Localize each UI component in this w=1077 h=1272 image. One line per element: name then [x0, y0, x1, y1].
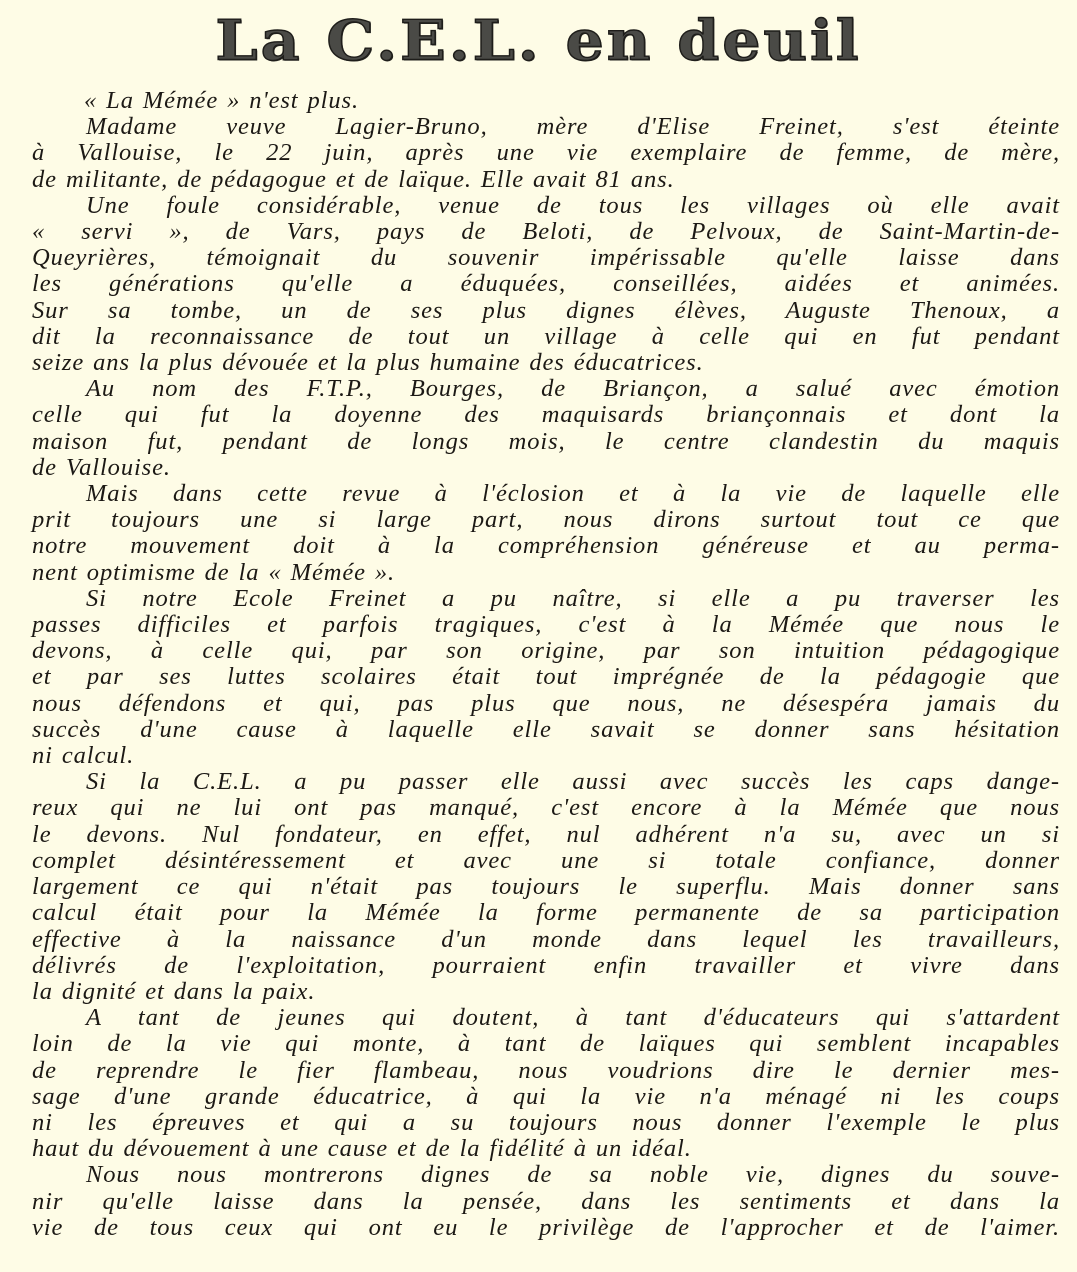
text-line: Si la C.E.L. a pu passer elle aussi avec… — [32, 769, 1060, 795]
text-line: Madame veuve Lagier-Bruno, mère d'Elise … — [32, 114, 1060, 140]
article-body: « La Mémée » n'est plus. Madame veuve La… — [32, 88, 1060, 1241]
text-line: reux qui ne lui ont pas manqué, c'est en… — [32, 795, 1060, 821]
text-line: prit toujours une si large part, nous di… — [32, 507, 1060, 533]
text-line: seize ans la plus dévouée et la plus hum… — [32, 350, 1060, 376]
text-line: celle qui fut la doyenne des maquisards … — [32, 402, 1060, 428]
text-line: Une foule considérable, venue de tous le… — [32, 193, 1060, 219]
text-line: effective à la naissance d'un monde dans… — [32, 927, 1060, 953]
text-line: Queyrières, témoignait du souvenir impér… — [32, 245, 1060, 271]
paragraph-1: Madame veuve Lagier-Bruno, mère d'Elise … — [32, 114, 1060, 193]
paragraph-6: Si la C.E.L. a pu passer elle aussi avec… — [32, 769, 1060, 1005]
text-line: de militante, de pédagogue et de laïque.… — [32, 167, 1060, 193]
text-line: de reprendre le fier flambeau, nous voud… — [32, 1058, 1060, 1084]
text-line: Mais dans cette revue à l'éclosion et à … — [32, 481, 1060, 507]
paragraph-2: Une foule considérable, venue de tous le… — [32, 193, 1060, 376]
text-line: Au nom des F.T.P., Bourges, de Briançon,… — [32, 376, 1060, 402]
text-line: de Vallouise. — [32, 455, 1060, 481]
text-line: dit la reconnaissance de tout un village… — [32, 324, 1060, 350]
text-line: sage d'une grande éducatrice, à qui la v… — [32, 1084, 1060, 1110]
text-line: la dignité et dans la paix. — [32, 979, 1060, 1005]
text-line: maison fut, pendant de longs mois, le ce… — [32, 429, 1060, 455]
text-line: devons, à celle qui, par son origine, pa… — [32, 638, 1060, 664]
text-line: Sur sa tombe, un de ses plus dignes élèv… — [32, 298, 1060, 324]
text-line: succès d'une cause à laquelle elle savai… — [32, 717, 1060, 743]
scanned-page: La C.E.L. en deuil « La Mémée » n'est pl… — [0, 0, 1077, 1272]
text-line: les générations qu'elle a éduquées, cons… — [32, 271, 1060, 297]
text-line: nir qu'elle laisse dans la pensée, dans … — [32, 1189, 1060, 1215]
article-title: La C.E.L. en deuil — [0, 9, 1077, 73]
lead-line: « La Mémée » n'est plus. — [32, 88, 1060, 114]
text-line: calcul était pour la Mémée la forme perm… — [32, 900, 1060, 926]
paragraph-4: Mais dans cette revue à l'éclosion et à … — [32, 481, 1060, 586]
text-line: A tant de jeunes qui doutent, à tant d'é… — [32, 1005, 1060, 1031]
paragraph-5: Si notre Ecole Freinet a pu naître, si e… — [32, 586, 1060, 769]
text-line: à Vallouise, le 22 juin, après une vie e… — [32, 140, 1060, 166]
text-line: largement ce qui n'était pas toujours le… — [32, 874, 1060, 900]
text-line: nent optimisme de la « Mémée ». — [32, 560, 1060, 586]
text-line: ni les épreuves et qui a su toujours nou… — [32, 1110, 1060, 1136]
text-line: Si notre Ecole Freinet a pu naître, si e… — [32, 586, 1060, 612]
text-line: notre mouvement doit à la compréhension … — [32, 533, 1060, 559]
text-line: le devons. Nul fondateur, en effet, nul … — [32, 822, 1060, 848]
text-line: vie de tous ceux qui ont eu le privilège… — [32, 1215, 1060, 1241]
text-line: loin de la vie qui monte, à tant de laïq… — [32, 1031, 1060, 1057]
text-line: « servi », de Vars, pays de Beloti, de P… — [32, 219, 1060, 245]
text-line: haut du dévouement à une cause et de la … — [32, 1136, 1060, 1162]
text-line: Nous nous montrerons dignes de sa noble … — [32, 1162, 1060, 1188]
text-line: et par ses luttes scolaires était tout i… — [32, 664, 1060, 690]
paragraph-3: Au nom des F.T.P., Bourges, de Briançon,… — [32, 376, 1060, 481]
paragraph-8: Nous nous montrerons dignes de sa noble … — [32, 1162, 1060, 1241]
text-line: nous défendons et qui, pas plus que nous… — [32, 691, 1060, 717]
text-line: délivrés de l'exploitation, pourraient e… — [32, 953, 1060, 979]
text-line: ni calcul. — [32, 743, 1060, 769]
text-line: passes difficiles et parfois tragiques, … — [32, 612, 1060, 638]
text-line: complet désintéressement et avec une si … — [32, 848, 1060, 874]
paragraph-7: A tant de jeunes qui doutent, à tant d'é… — [32, 1005, 1060, 1162]
